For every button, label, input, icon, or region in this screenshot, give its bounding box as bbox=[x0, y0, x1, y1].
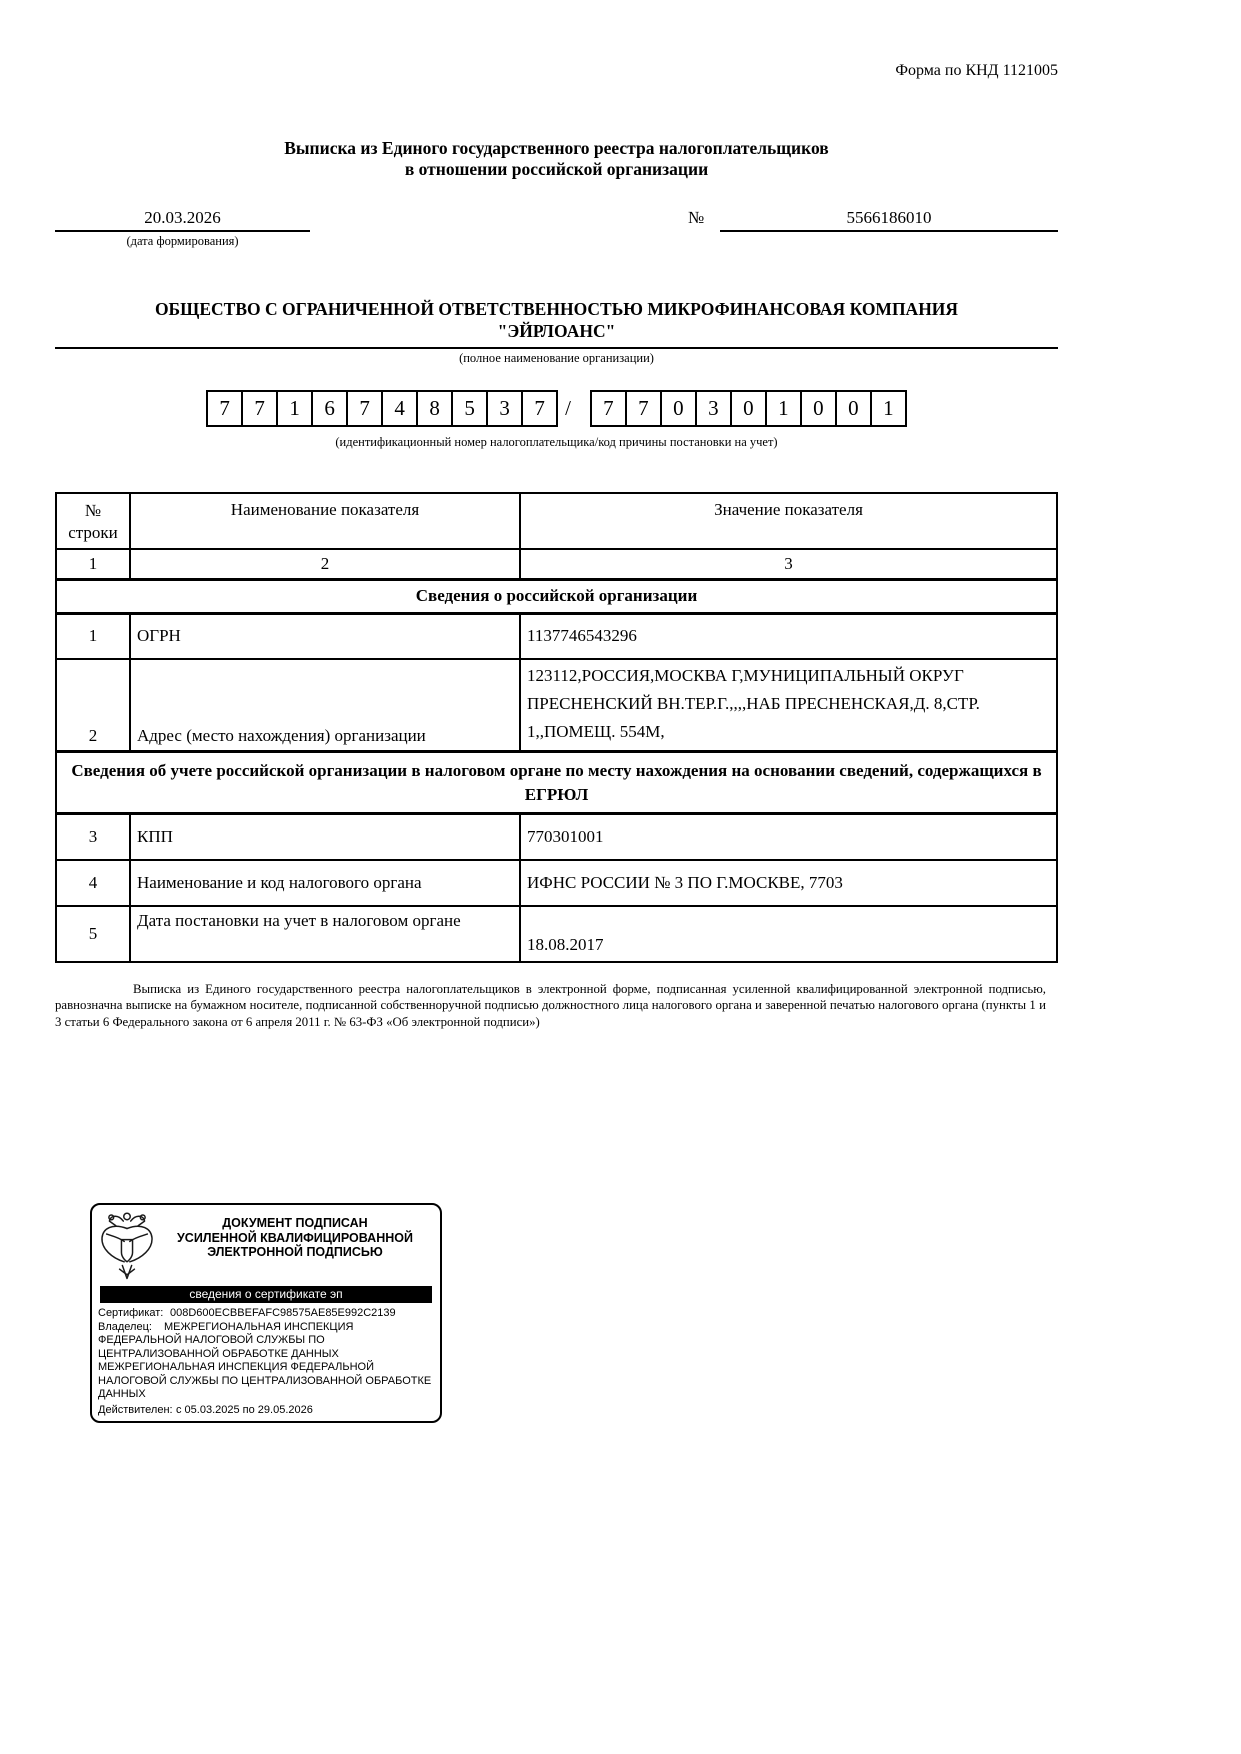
certificate-info-bar: сведения о сертификате эп bbox=[100, 1286, 432, 1303]
indicator-value: ИФНС РОССИИ № 3 ПО Г.МОСКВЕ, 7703 bbox=[520, 860, 1057, 906]
row-number: 4 bbox=[56, 860, 130, 906]
owner-label: Владелец: bbox=[98, 1321, 164, 1335]
indicator-value: 1137746543296 bbox=[520, 613, 1057, 659]
inn-digit: 5 bbox=[451, 390, 488, 427]
kpp-digit: 7 bbox=[625, 390, 662, 427]
indicator-value: 123112,РОССИЯ,МОСКВА Г,МУНИЦИПАЛЬНЫЙ ОКР… bbox=[520, 659, 1057, 752]
indicator-name: Адрес (место нахождения) организации bbox=[130, 659, 520, 752]
section-header-tax-registration: Сведения об учете российской организации… bbox=[56, 752, 1057, 814]
document-title: Выписка из Единого государственного реес… bbox=[55, 138, 1058, 180]
organization-name-line1: ОБЩЕСТВО С ОГРАНИЧЕННОЙ ОТВЕТСТВЕННОСТЬЮ… bbox=[55, 298, 1058, 320]
inn-digit: 8 bbox=[416, 390, 453, 427]
table-row-tax-authority: 4 Наименование и код налогового органа И… bbox=[56, 860, 1057, 906]
formation-date-caption: (дата формирования) bbox=[55, 234, 310, 249]
header-row-number-line2: строки bbox=[63, 522, 123, 544]
header-row-number: № строки bbox=[56, 493, 130, 549]
organization-name: ОБЩЕСТВО С ОГРАНИЧЕННОЙ ОТВЕТСТВЕННОСТЬЮ… bbox=[55, 298, 1058, 349]
inn-digit-group: 7 7 1 6 7 4 8 5 3 7 bbox=[206, 390, 558, 427]
document-title-line1: Выписка из Единого государственного реес… bbox=[55, 138, 1058, 159]
kpp-digit: 0 bbox=[660, 390, 697, 427]
indicator-name: ОГРН bbox=[130, 613, 520, 659]
column-number-2: 2 bbox=[130, 549, 520, 579]
inn-kpp-separator: / bbox=[558, 396, 578, 421]
owner-line: Владелец:МЕЖРЕГИОНАЛЬНАЯ ИНСПЕКЦИЯ ФЕДЕР… bbox=[98, 1321, 434, 1402]
indicator-value: 18.08.2017 bbox=[520, 906, 1057, 962]
inn-digit: 7 bbox=[346, 390, 383, 427]
stamp-header-area: ДОКУМЕНТ ПОДПИСАН УСИЛЕННОЙ КВАЛИФИЦИРОВ… bbox=[98, 1210, 434, 1284]
table-row-registration-date: 5 Дата постановки на учет в налоговом ор… bbox=[56, 906, 1057, 962]
section-header-russian-org: Сведения о российской организации bbox=[56, 579, 1057, 613]
row-number: 5 bbox=[56, 906, 130, 962]
organization-name-caption: (полное наименование организации) bbox=[55, 351, 1058, 366]
table-row-address: 2 Адрес (место нахождения) организации 1… bbox=[56, 659, 1057, 752]
document-page: Форма по КНД 1121005 Выписка из Единого … bbox=[0, 0, 1241, 1754]
header-indicator-value: Значение показателя bbox=[520, 493, 1057, 549]
organization-block: ОБЩЕСТВО С ОГРАНИЧЕННОЙ ОТВЕТСТВЕННОСТЬЮ… bbox=[55, 298, 1058, 366]
validity-value: с 05.03.2025 по 29.05.2026 bbox=[176, 1404, 313, 1416]
inn-digit: 6 bbox=[311, 390, 348, 427]
legal-footnote: Выписка из Единого государственного реес… bbox=[55, 981, 1058, 1031]
formation-date: 20.03.2026 bbox=[55, 208, 310, 232]
certificate-value: 008D600ECBBEFAFC98575AE85E992C2139 bbox=[170, 1307, 396, 1319]
kpp-digit: 0 bbox=[800, 390, 837, 427]
stamp-title-line3: ЭЛЕКТРОННОЙ ПОДПИСЬЮ bbox=[156, 1245, 434, 1260]
organization-name-line2: "ЭЙРЛОАНС" bbox=[55, 320, 1058, 342]
table-row-kpp: 3 КПП 770301001 bbox=[56, 814, 1057, 860]
row-number: 1 bbox=[56, 613, 130, 659]
table-header-row: № строки Наименование показателя Значени… bbox=[56, 493, 1057, 549]
inn-digit: 3 bbox=[486, 390, 523, 427]
table-row-ogrn: 1 ОГРН 1137746543296 bbox=[56, 613, 1057, 659]
document-title-line2: в отношении российской организации bbox=[55, 159, 1058, 180]
inn-digit: 7 bbox=[206, 390, 243, 427]
validity-line: Действителен:с 05.03.2025 по 29.05.2026 bbox=[98, 1403, 434, 1417]
indicator-value: 770301001 bbox=[520, 814, 1057, 860]
kpp-digit: 7 bbox=[590, 390, 627, 427]
formation-date-block: 20.03.2026 (дата формирования) bbox=[55, 208, 310, 249]
inn-digit: 7 bbox=[241, 390, 278, 427]
document-number-block: 5566186010 bbox=[720, 208, 1058, 232]
row-number: 2 bbox=[56, 659, 130, 752]
digital-signature-stamp: ДОКУМЕНТ ПОДПИСАН УСИЛЕННОЙ КВАЛИФИЦИРОВ… bbox=[90, 1203, 442, 1423]
inn-kpp-boxes: 7 7 1 6 7 4 8 5 3 7 / 7 7 0 3 0 1 0 0 bbox=[55, 390, 1058, 427]
indicator-name: КПП bbox=[130, 814, 520, 860]
inn-digit: 4 bbox=[381, 390, 418, 427]
kpp-digit: 0 bbox=[730, 390, 767, 427]
document-number: 5566186010 bbox=[720, 208, 1058, 232]
form-code: Форма по КНД 1121005 bbox=[55, 0, 1058, 80]
indicators-table: № строки Наименование показателя Значени… bbox=[55, 492, 1058, 963]
stamp-title-line1: ДОКУМЕНТ ПОДПИСАН bbox=[156, 1216, 434, 1231]
kpp-digit: 1 bbox=[870, 390, 907, 427]
stamp-title: ДОКУМЕНТ ПОДПИСАН УСИЛЕННОЙ КВАЛИФИЦИРОВ… bbox=[156, 1210, 434, 1260]
kpp-digit: 1 bbox=[765, 390, 802, 427]
coat-of-arms-icon bbox=[98, 1210, 156, 1284]
column-number-1: 1 bbox=[56, 549, 130, 579]
validity-label: Действителен: bbox=[98, 1403, 176, 1417]
document-content: Форма по КНД 1121005 Выписка из Единого … bbox=[0, 0, 1241, 1030]
header-row-number-line1: № bbox=[63, 500, 123, 522]
indicator-name: Наименование и код налогового органа bbox=[130, 860, 520, 906]
number-sign: № bbox=[688, 208, 704, 228]
inn-digit: 1 bbox=[276, 390, 313, 427]
indicator-name: Дата постановки на учет в налоговом орга… bbox=[130, 906, 520, 962]
inn-kpp-caption: (идентификационный номер налогоплательщи… bbox=[55, 435, 1058, 450]
kpp-digit: 3 bbox=[695, 390, 732, 427]
certificate-label: Сертификат: bbox=[98, 1307, 170, 1321]
column-numbers-row: 1 2 3 bbox=[56, 549, 1057, 579]
inn-digit: 7 bbox=[521, 390, 558, 427]
meta-row: 20.03.2026 (дата формирования) № 5566186… bbox=[55, 208, 1058, 260]
kpp-digit: 0 bbox=[835, 390, 872, 427]
stamp-title-line2: УСИЛЕННОЙ КВАЛИФИЦИРОВАННОЙ bbox=[156, 1231, 434, 1246]
header-indicator-name: Наименование показателя bbox=[130, 493, 520, 549]
column-number-3: 3 bbox=[520, 549, 1057, 579]
certificate-line: Сертификат:008D600ECBBEFAFC98575AE85E992… bbox=[98, 1307, 434, 1321]
kpp-digit-group: 7 7 0 3 0 1 0 0 1 bbox=[590, 390, 907, 427]
row-number: 3 bbox=[56, 814, 130, 860]
